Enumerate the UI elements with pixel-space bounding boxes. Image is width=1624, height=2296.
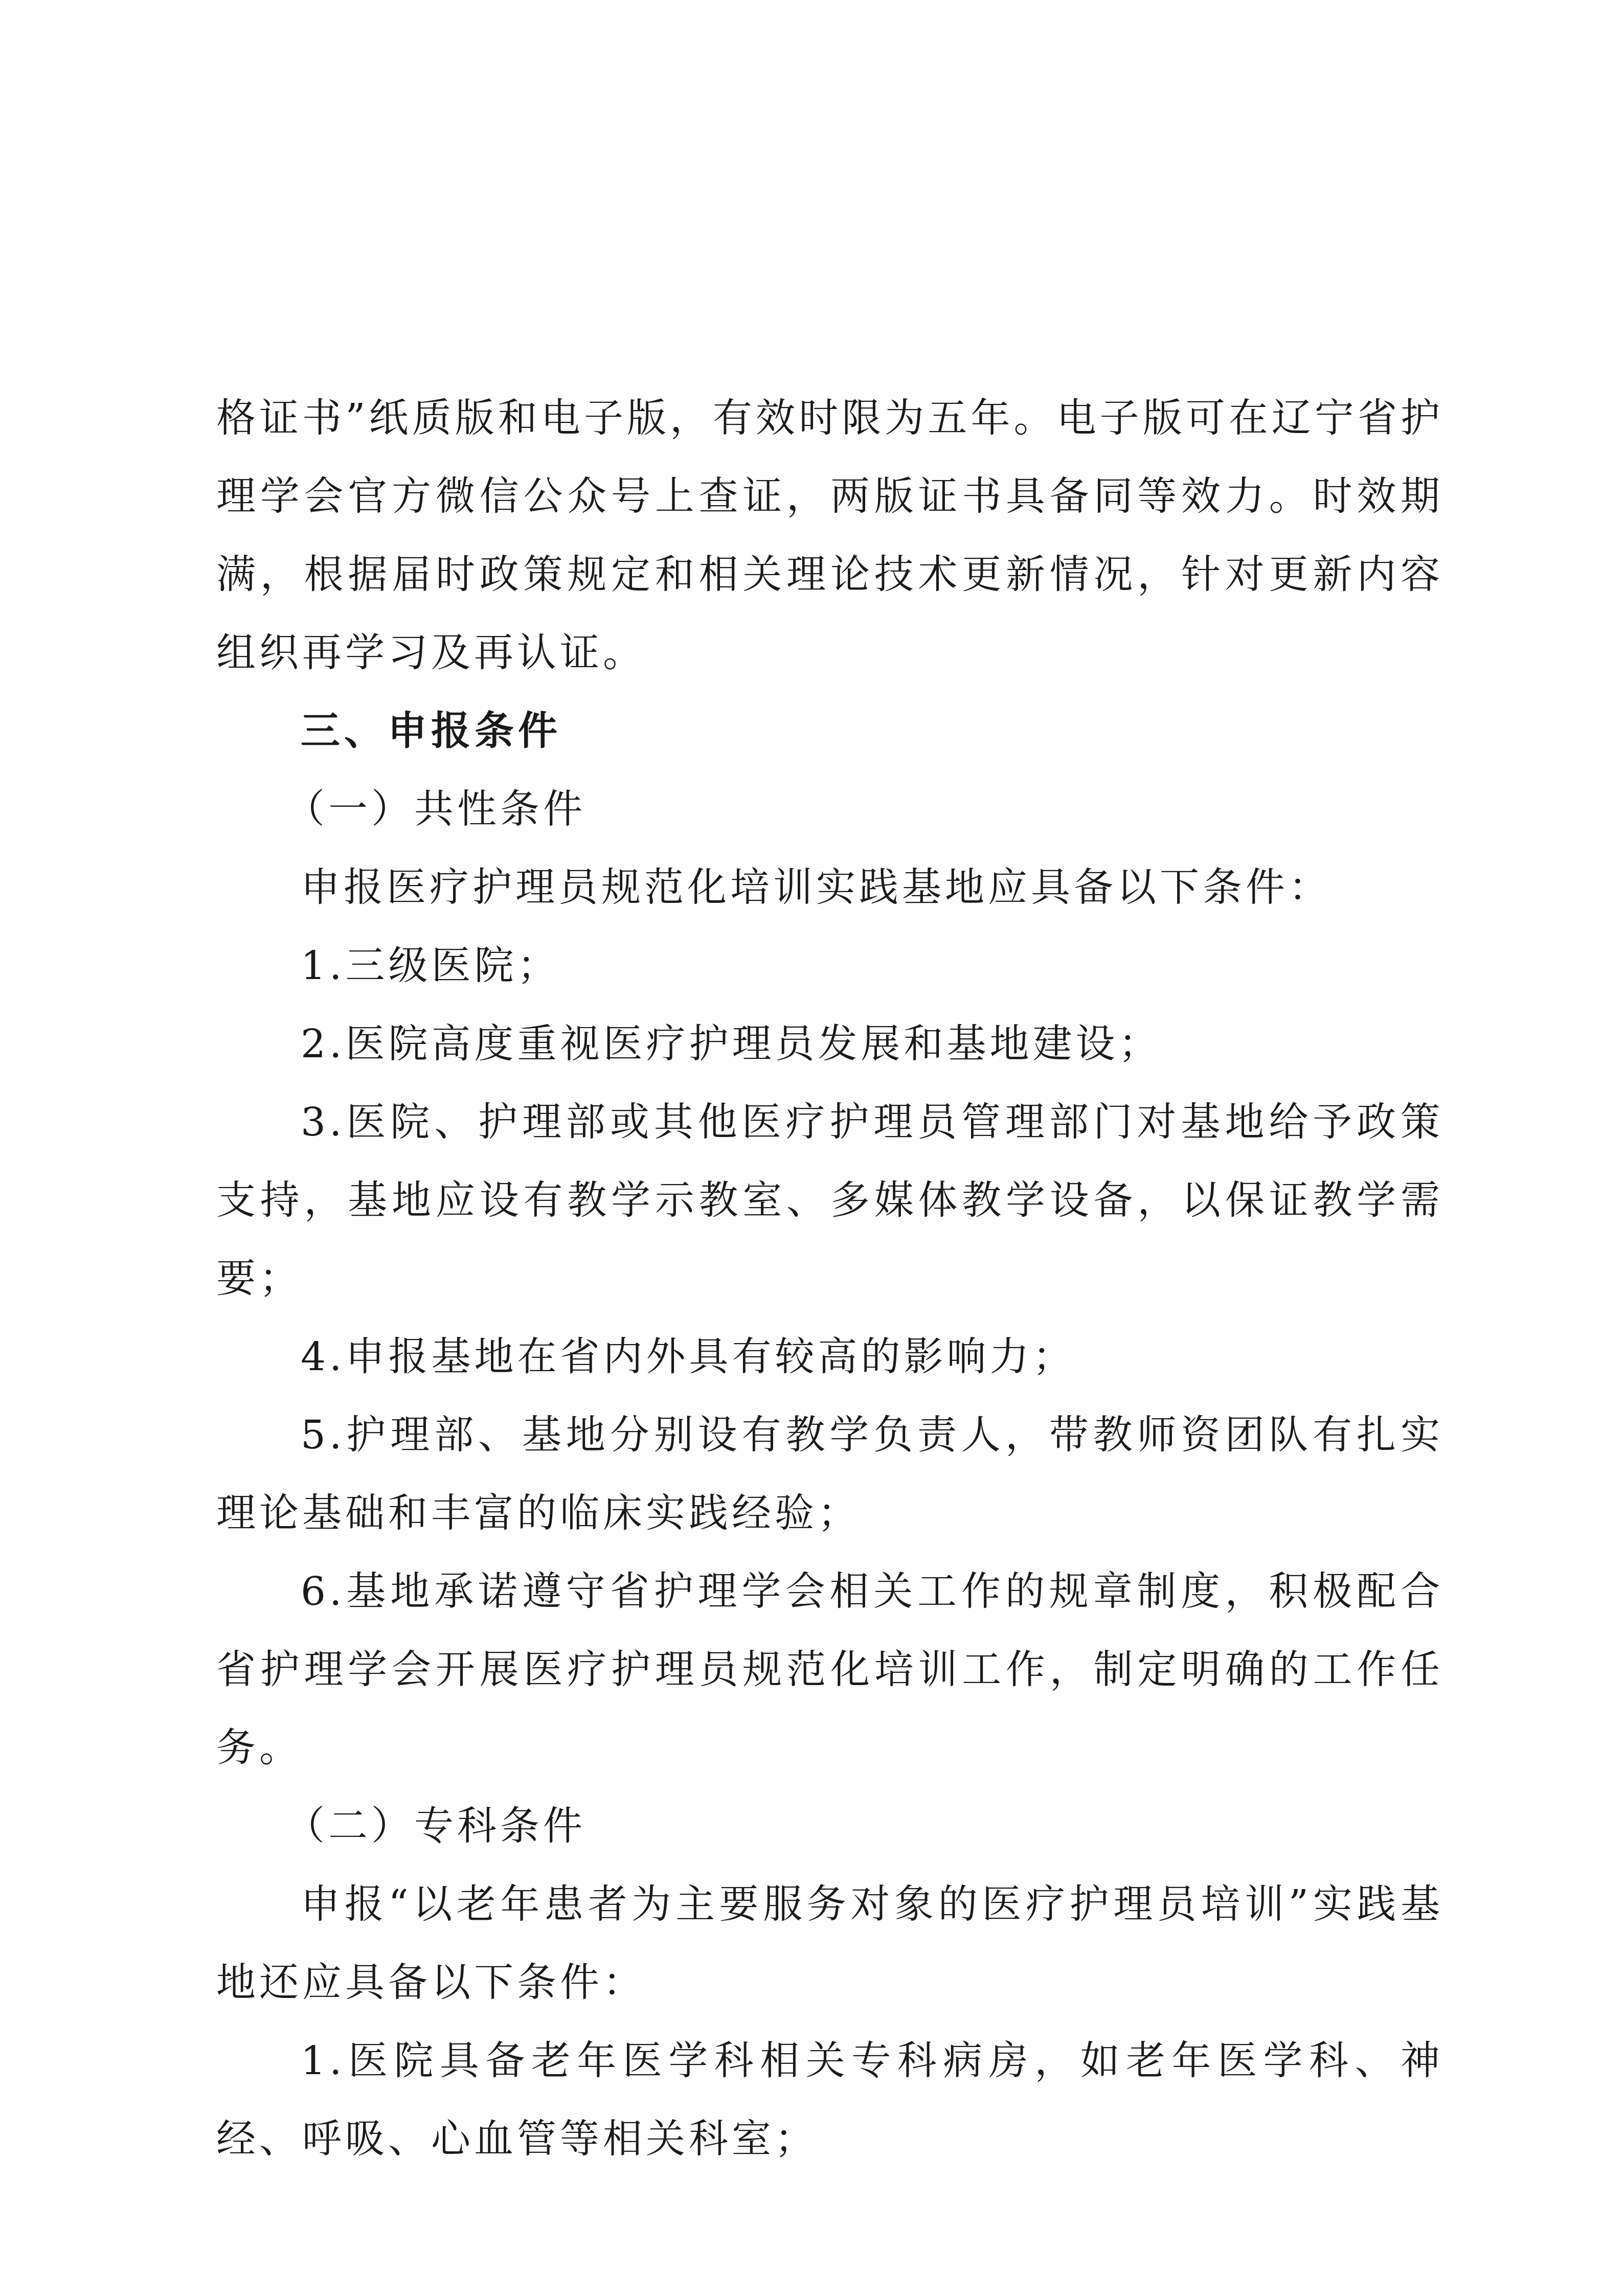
paragraph-intro-common: 申报医疗护理员规范化培训实践基地应具备以下条件： [216,849,1443,927]
subsection-heading-common-conditions: （一）共性条件 [216,770,1443,849]
paragraph-intro-specialty: 申报“以老年患者为主要服务对象的医疗护理员培训”实践基地还应具备以下条件： [216,1866,1443,2022]
subsection-heading-specialty-conditions: （二）专科条件 [216,1787,1443,1866]
list-item-1: 1.三级医院； [216,927,1443,1005]
paragraph-continuation: 格证书”纸质版和电子版，有效时限为五年。电子版可在辽宁省护理学会官方微信公众号上… [216,379,1443,692]
specialty-list-item-1: 1.医院具备老年医学科相关专科病房，如老年医学科、神经、呼吸、心血管等相关科室； [216,2022,1443,2178]
document-body: 格证书”纸质版和电子版，有效时限为五年。电子版可在辽宁省护理学会官方微信公众号上… [216,379,1443,2178]
list-item-6: 6.基地承诺遵守省护理学会相关工作的规章制度，积极配合省护理学会开展医疗护理员规… [216,1553,1443,1787]
section-heading-application-conditions: 三、申报条件 [216,692,1443,770]
list-item-4: 4.申报基地在省内外具有较高的影响力； [216,1318,1443,1396]
document-page: 格证书”纸质版和电子版，有效时限为五年。电子版可在辽宁省护理学会官方微信公众号上… [0,0,1624,2296]
list-item-2: 2.医院高度重视医疗护理员发展和基地建设； [216,1005,1443,1083]
list-item-5: 5.护理部、基地分别设有教学负责人，带教师资团队有扎实理论基础和丰富的临床实践经… [216,1396,1443,1553]
list-item-3: 3.医院、护理部或其他医疗护理员管理部门对基地给予政策支持，基地应设有教学示教室… [216,1083,1443,1318]
